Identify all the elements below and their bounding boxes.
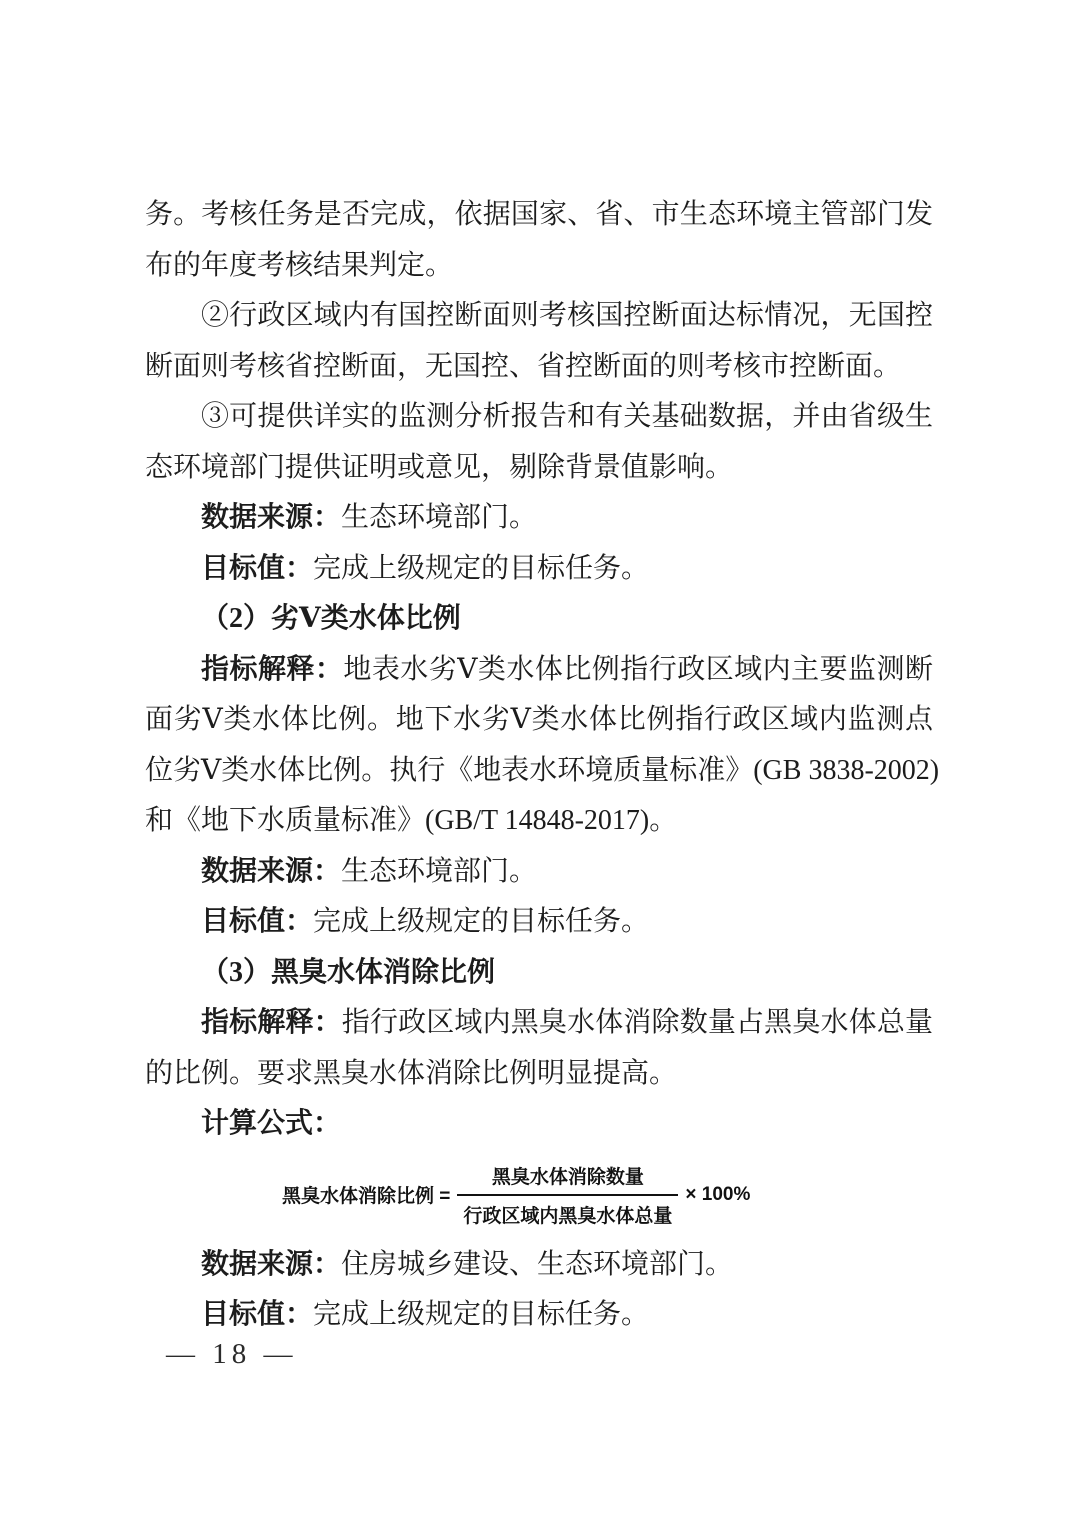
field-value: 完成上级规定的目标任务。 [313, 906, 649, 937]
field-line: 目标值：完成上级规定的目标任务。 [145, 544, 933, 595]
field-line: 计算公式： [145, 1099, 933, 1150]
text-line: ③可提供详实的监测分析报告和有关基础数据，并由省级生 [145, 392, 933, 443]
section-heading: （2）劣Ⅴ类水体比例 [145, 594, 933, 645]
field-line: 目标值：完成上级规定的目标任务。 [145, 1290, 933, 1341]
section-heading: （3）黑臭水体消除比例 [145, 948, 933, 999]
formula-lhs: 黑臭水体消除比例 = [282, 1181, 450, 1208]
formula-numerator: 黑臭水体消除数量 [486, 1162, 650, 1194]
formula-rhs: × 100% [685, 1184, 750, 1206]
text-line: 布的年度考核结果判定。 [145, 241, 933, 292]
field-label: 数据来源： [201, 856, 341, 887]
formula-denominator: 行政区域内黑臭水体总量 [457, 1194, 678, 1228]
text-line: 面劣Ⅴ类水体比例。地下水劣Ⅴ类水体比例指行政区域内监测点 [145, 695, 933, 746]
text-line: 和《地下水质量标准》(GB/T 14848-2017)。 [145, 796, 933, 847]
field-label: 目标值： [201, 1299, 313, 1330]
field-value: 完成上级规定的目标任务。 [313, 553, 649, 584]
formula: 黑臭水体消除比例 = 黑臭水体消除数量 行政区域内黑臭水体总量 × 100% [282, 1150, 933, 1240]
field-line: 数据来源：住房城乡建设、生态环境部门。 [145, 1240, 933, 1291]
document-page: 务。考核任务是否完成，依据国家、省、市生态环境主管部门发 布的年度考核结果判定。… [0, 0, 1074, 1520]
field-value: 生态环境部门。 [341, 502, 537, 533]
field-label: 指标解释： [201, 1007, 342, 1038]
text-line: 位劣Ⅴ类水体比例。执行《地表水环境质量标准》(GB 3838-2002) [145, 746, 933, 797]
text-line: ②行政区域内有国控断面则考核国控断面达标情况，无国控 [145, 291, 933, 342]
field-label: 指标解释： [201, 654, 343, 685]
field-label: 目标值： [201, 553, 313, 584]
field-line: 指标解释：指行政区域内黑臭水体消除数量占黑臭水体总量 [145, 998, 933, 1049]
field-line: 数据来源：生态环境部门。 [145, 493, 933, 544]
field-line: 数据来源：生态环境部门。 [145, 847, 933, 898]
text-line: 断面则考核省控断面，无国控、省控断面的则考核市控断面。 [145, 342, 933, 393]
field-value: 生态环境部门。 [341, 856, 537, 887]
field-label: 目标值： [201, 906, 313, 937]
formula-fraction: 黑臭水体消除数量 行政区域内黑臭水体总量 [457, 1162, 678, 1228]
text-line: 的比例。要求黑臭水体消除比例明显提高。 [145, 1049, 933, 1100]
text-line: 务。考核任务是否完成，依据国家、省、市生态环境主管部门发 [145, 190, 933, 241]
page-number: — 18 — [166, 1338, 298, 1371]
field-line: 指标解释：地表水劣Ⅴ类水体比例指行政区域内主要监测断 [145, 645, 933, 696]
field-line: 目标值：完成上级规定的目标任务。 [145, 897, 933, 948]
field-label: 计算公式： [201, 1108, 341, 1139]
field-value: 住房城乡建设、生态环境部门。 [341, 1249, 733, 1280]
field-value: 完成上级规定的目标任务。 [313, 1299, 649, 1330]
field-value: 指行政区域内黑臭水体消除数量占黑臭水体总量 [342, 1007, 933, 1038]
field-value: 地表水劣Ⅴ类水体比例指行政区域内主要监测断 [343, 654, 933, 685]
text-block: 务。考核任务是否完成，依据国家、省、市生态环境主管部门发 布的年度考核结果判定。… [145, 190, 933, 1341]
field-label: 数据来源： [201, 502, 341, 533]
field-label: 数据来源： [201, 1249, 341, 1280]
text-line: 态环境部门提供证明或意见，剔除背景值影响。 [145, 443, 933, 494]
